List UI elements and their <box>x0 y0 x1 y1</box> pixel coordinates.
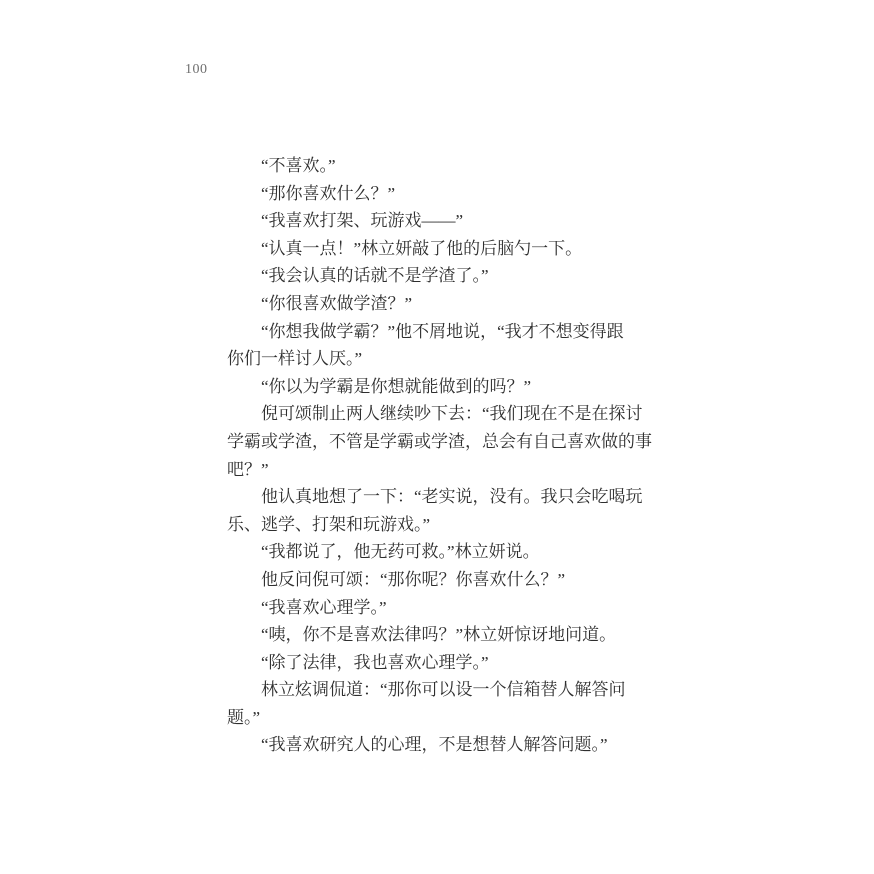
page-number: 100 <box>185 62 208 78</box>
text-line: “咦，你不是喜欢法律吗？”林立妍惊讶地问道。 <box>227 621 657 649</box>
text-line: 吧？” <box>227 456 657 484</box>
text-line: 你们一样讨人厌。” <box>227 345 657 373</box>
text-line: “我都说了，他无药可救。”林立妍说。 <box>227 538 657 566</box>
text-line: “我喜欢研究人的心理，不是想替人解答问题。” <box>227 731 657 759</box>
text-line: 他反问倪可颂：“那你呢？你喜欢什么？” <box>227 566 657 594</box>
text-line: “你想我做学霸？”他不屑地说，“我才不想变得跟 <box>227 318 657 346</box>
text-line: 题。” <box>227 704 657 732</box>
text-line: 乐、逃学、打架和玩游戏。” <box>227 511 657 539</box>
text-line: 学霸或学渣，不管是学霸或学渣，总会有自己喜欢做的事 <box>227 428 657 456</box>
text-line: 倪可颂制止两人继续吵下去：“我们现在不是在探讨 <box>227 400 657 428</box>
book-page: 100 “不喜欢。”“那你喜欢什么？”“我喜欢打架、玩游戏——”“认真一点！”林… <box>0 0 874 874</box>
text-line: 林立炫调侃道：“那你可以设一个信箱替人解答问 <box>227 676 657 704</box>
text-line: “认真一点！”林立妍敲了他的后脑勺一下。 <box>227 235 657 263</box>
text-line: “除了法律，我也喜欢心理学。” <box>227 649 657 677</box>
text-line: “你很喜欢做学渣？” <box>227 290 657 318</box>
text-line: “你以为学霸是你想就能做到的吗？” <box>227 373 657 401</box>
text-line: “那你喜欢什么？” <box>227 180 657 208</box>
text-line: 他认真地想了一下：“老实说，没有。我只会吃喝玩 <box>227 483 657 511</box>
text-line: “我喜欢心理学。” <box>227 594 657 622</box>
text-line: “我喜欢打架、玩游戏——” <box>227 207 657 235</box>
text-line: “不喜欢。” <box>227 152 657 180</box>
body-text: “不喜欢。”“那你喜欢什么？”“我喜欢打架、玩游戏——”“认真一点！”林立妍敲了… <box>227 152 657 759</box>
text-line: “我会认真的话就不是学渣了。” <box>227 262 657 290</box>
